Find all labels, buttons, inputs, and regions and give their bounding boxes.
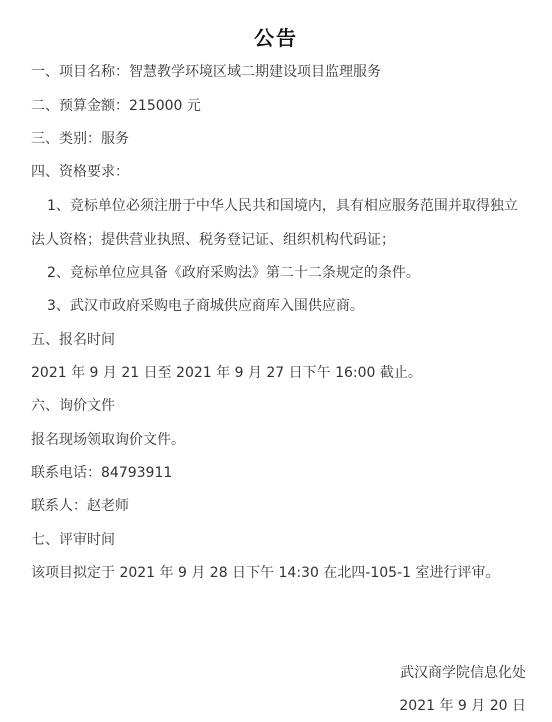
qualification-heading: 四、资格要求： [31, 163, 129, 181]
project-name: 一、项目名称：智慧教学环境区域二期建设项目监理服务 [31, 63, 381, 81]
inquiry-document-info: 报名现场领取询价文件。 [31, 431, 185, 449]
contact-phone: 联系电话：84793911 [31, 464, 172, 482]
qualification-item-3: 3、武汉市政府采购电子商城供应商库入围供应商。 [47, 297, 364, 315]
qualification-item-2: 2、竞标单位应具备《政府采购法》第二十二条规定的条件。 [47, 264, 420, 282]
registration-time: 2021 年 9 月 21 日至 2021 年 9 月 27 日下午 16:00… [31, 364, 422, 382]
category: 三、类别：服务 [31, 130, 129, 148]
signature-organization: 武汉商学院信息化处 [400, 664, 526, 682]
signature-date: 2021 年 9 月 20 日 [399, 697, 526, 715]
contact-person: 联系人：赵老师 [31, 497, 129, 515]
review-time-heading: 七、评审时间 [31, 531, 115, 549]
review-time: 该项目拟定于 2021 年 9 月 28 日下午 14:30 在北四-105-1… [31, 564, 499, 582]
document-title: 公告 [0, 22, 552, 51]
qualification-item-1: 1、竞标单位必须注册于中华人民共和国境内，具有相应服务范围并取得独立 [47, 197, 518, 215]
inquiry-document-heading: 六、询价文件 [31, 397, 115, 415]
budget-amount: 二、预算金额：215000 元 [31, 97, 201, 115]
registration-time-heading: 五、报名时间 [31, 331, 115, 349]
qualification-item-1-continued: 法人资格；提供营业执照、税务登记证、组织机构代码证； [31, 231, 395, 249]
